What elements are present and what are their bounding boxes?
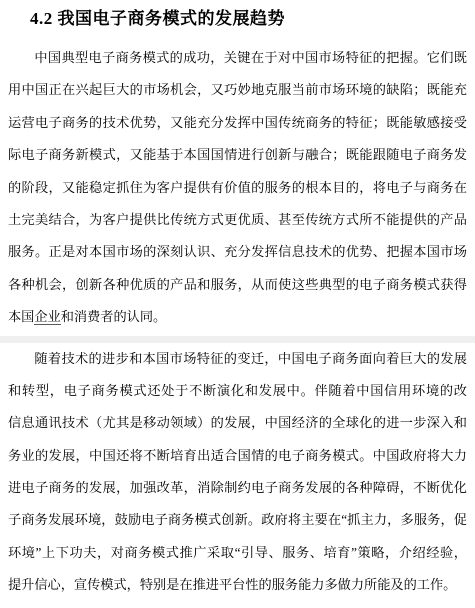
document-page: 4.2 我国电子商务模式的发展趋势 中国典型电子商务模式的成功，关键在于对中国市… — [0, 0, 475, 608]
paragraph-line: 服务。正是对本国市场的深刻认识、充分发挥信息技术的优势、把握本国市场的 — [8, 236, 467, 268]
paragraph-line: 提升信心，宣传模式，特别是在推进平台性的服务能力多做力所能及的工作。 — [8, 569, 467, 601]
paragraph-line: 子商务发展环境，鼓励电子商务模式创新。政府将主要在“抓主力，多服务，促 — [8, 504, 467, 536]
paragraph-line: 运营电子商务的技术优势，又能充分发挥中国传统商务的特征；既能敏感接受国 — [8, 107, 467, 139]
paragraph-line: 中国典型电子商务模式的成功，关键在于对中国市场特征的把握。它们既利 — [8, 42, 467, 74]
paragraph-line: 际电子商务新模式，又能基于本国国情进行创新与融合；既能跟随电子商务发展 — [8, 139, 467, 171]
paragraph-line: 用中国正在兴起巨大的市场机会，又巧妙地克服当前市场环境的缺陷；既能充分 — [8, 74, 467, 106]
section-heading: 4.2 我国电子商务模式的发展趋势 — [30, 8, 467, 30]
paragraph-2: 随着技术的进步和本国市场特征的变迁，中国电子商务面向着巨大的发展机会 和转型，电… — [8, 343, 467, 602]
paragraph-1: 中国典型电子商务模式的成功，关键在于对中国市场特征的把握。它们既利 用中国正在兴… — [8, 42, 467, 334]
paragraph-line: 本国企业和消费者的认同。 — [8, 301, 467, 333]
paragraph-line: 信息通讯技术（尤其是移动领域）的发展，中国经济的全球化的进一步深入和服 — [8, 407, 467, 439]
line-text-segment: 本国 — [8, 309, 34, 324]
paragraph-line: 进电子商务的发展，加强改革，消除制约电子商务发展的各种障碍，不断优化电 — [8, 472, 467, 504]
paragraph-line: 环境”上下功夫，对商务模式推广采取“引导、服务、培育”策略，介绍经验， — [8, 537, 467, 569]
underlined-text: 企业 — [34, 309, 60, 325]
paragraph-line: 务业的发展，中国还将不断培育出适合国情的电子商务模式。中国政府将大力促 — [8, 440, 467, 472]
line-text-segment: 和消费者的认同。 — [61, 309, 167, 324]
paragraph-line: 的阶段，又能稳定抓住为客户提供有价值的服务的根本目的，将电子与商务在本 — [8, 172, 467, 204]
paragraph-line: 土完美结合，为客户提供比传统方式更优质、甚至传统方式所不能提供的产品和 — [8, 204, 467, 236]
paragraph-line: 和转型，电子商务模式还处于不断演化和发展中。伴随着中国信用环境的改善， — [8, 375, 467, 407]
page-content: 4.2 我国电子商务模式的发展趋势 中国典型电子商务模式的成功，关键在于对中国市… — [0, 8, 475, 602]
paragraph-line: 随着技术的进步和本国市场特征的变迁，中国电子商务面向着巨大的发展机会 — [8, 343, 467, 375]
paragraph-line: 各种机会，创新各种优质的产品和服务，从而使这些典型的电子商务模式获得了 — [8, 269, 467, 301]
